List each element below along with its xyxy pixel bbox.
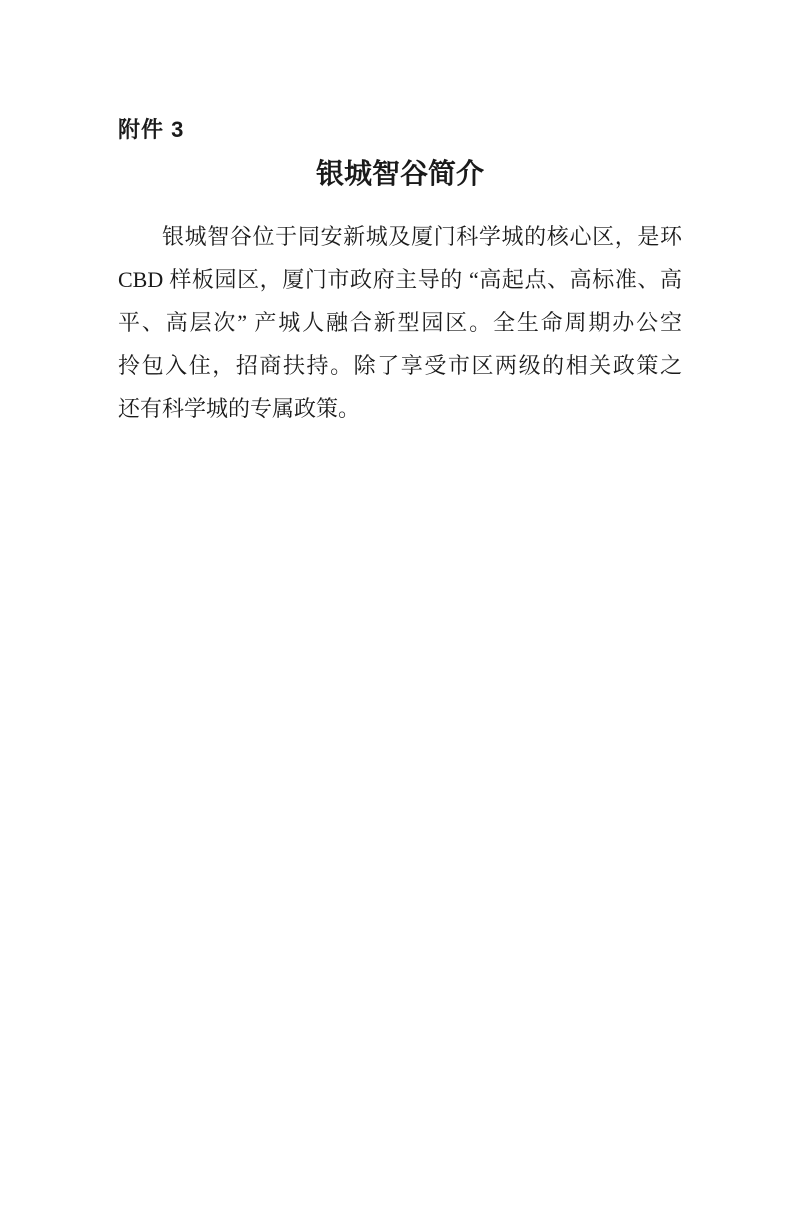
paragraph-line: 银城智谷位于同安新城及厦门科学城的核心区，是环东 xyxy=(118,215,682,258)
document-page: 附件 3 银城智谷简介 银城智谷位于同安新城及厦门科学城的核心区，是环东 CBD… xyxy=(0,0,800,1225)
paragraph-line: 拎包入住，招商扶持。除了享受市区两级的相关政策之外， xyxy=(118,344,682,387)
paragraph-line: CBD 样板园区，厦门市政府主导的 “高起点、高标准、高水 xyxy=(118,258,682,301)
body-paragraph: 银城智谷位于同安新城及厦门科学城的核心区，是环东 CBD 样板园区，厦门市政府主… xyxy=(118,215,682,430)
paragraph-line: 平、高层次” 产城人融合新型园区。全生命周期办公空间， xyxy=(118,301,682,344)
page-title: 银城智谷简介 xyxy=(118,157,682,192)
paragraph-line: 还有科学城的专属政策。 xyxy=(118,387,682,430)
attachment-label: 附件 3 xyxy=(118,116,184,143)
